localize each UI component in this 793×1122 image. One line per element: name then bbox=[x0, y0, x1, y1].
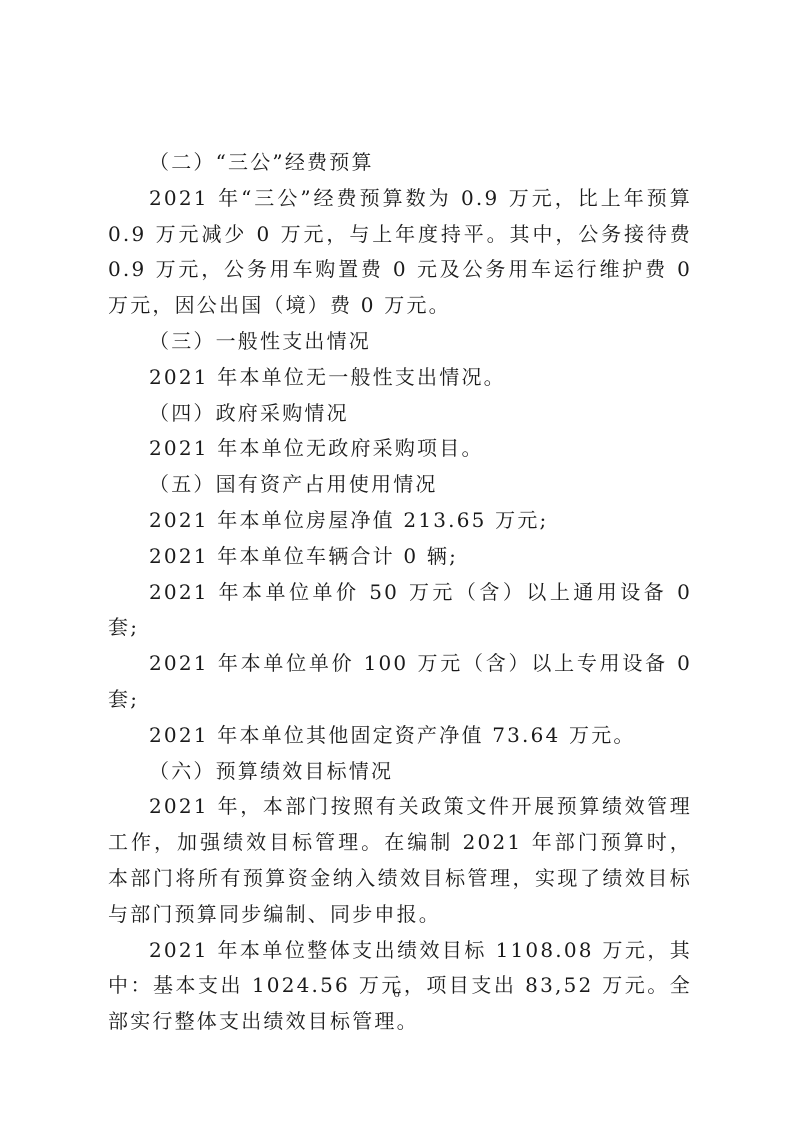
section-heading-government-procurement: （四）政府采购情况 bbox=[108, 396, 692, 432]
paragraph-other-fixed-assets: 2021 年本单位其他固定资产净值 73.64 万元。 bbox=[108, 718, 692, 754]
paragraph-housing-net-value: 2021 年本单位房屋净值 213.65 万元; bbox=[108, 503, 692, 539]
paragraph-general-equipment: 2021 年本单位单价 50 万元（含）以上通用设备 0 套; bbox=[108, 575, 692, 647]
paragraph-special-equipment: 2021 年本单位单价 100 万元（含）以上专用设备 0 套; bbox=[108, 646, 692, 718]
paragraph-performance-management: 2021 年，本部门按照有关政策文件开展预算绩效管理工作，加强绩效目标管理。在编… bbox=[108, 789, 692, 932]
section-heading-performance-targets: （六）预算绩效目标情况 bbox=[108, 754, 692, 790]
document-body: （二）“三公”经费预算 2021 年“三公”经费预算数为 0.9 万元，比上年预… bbox=[108, 145, 692, 1040]
paragraph-vehicle-count: 2021 年本单位车辆合计 0 辆; bbox=[108, 539, 692, 575]
section-heading-san-gong: （二）“三公”经费预算 bbox=[108, 145, 692, 181]
paragraph-general-expenditure: 2021 年本单位无一般性支出情况。 bbox=[108, 360, 692, 396]
page-number: 6 bbox=[0, 985, 793, 1001]
section-heading-general-expenditure: （三）一般性支出情况 bbox=[108, 324, 692, 360]
paragraph-government-procurement: 2021 年本单位无政府采购项目。 bbox=[108, 431, 692, 467]
paragraph-san-gong-budget: 2021 年“三公”经费预算数为 0.9 万元，比上年预算 0.9 万元减少 0… bbox=[108, 181, 692, 324]
section-heading-state-assets: （五）国有资产占用使用情况 bbox=[108, 467, 692, 503]
